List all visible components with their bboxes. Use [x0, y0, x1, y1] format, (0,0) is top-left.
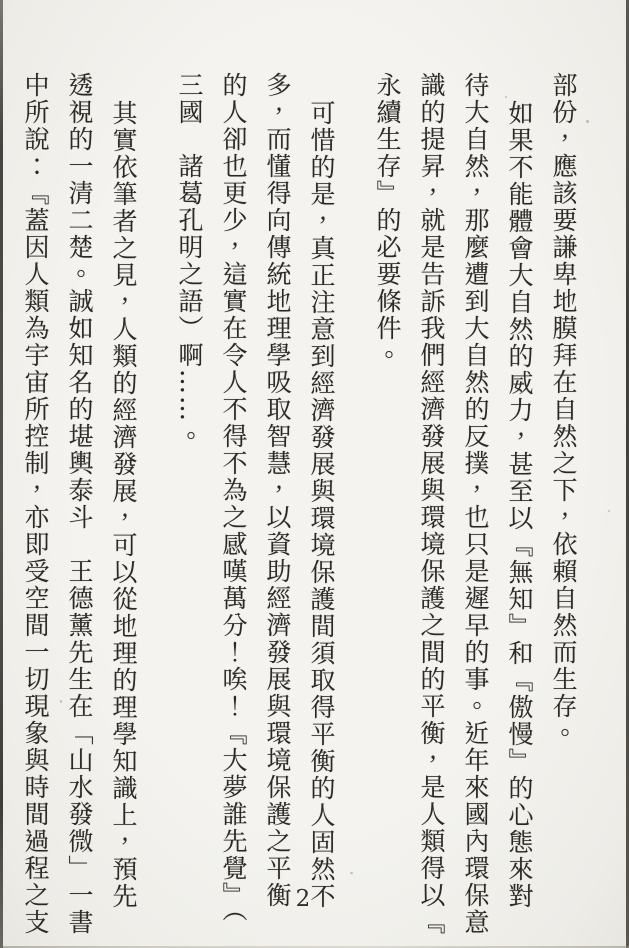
text-column: 三國 諸葛孔明之語）啊……。: [167, 72, 211, 932]
text-column: 識的提昇，就是告訴我們經濟發展與環境保護之間的平衡，是人類得以『: [409, 72, 453, 932]
text-column: 多，而懂得向傳統地理學吸取智慧，以資助經濟發展與環境保護之平衡: [255, 72, 299, 932]
text-column: 部份，應該要謙卑地膜拜在自然之下，依賴自然而生存。: [541, 72, 585, 932]
text-column: 永續生存』的必要條件。: [365, 72, 409, 932]
scan-speck: [586, 120, 589, 123]
paragraph-geomancy: 其實依筆者之見，人類的經濟發展，可以從地理的理學知識上，預先 透視的一清二楚。誠…: [13, 72, 145, 932]
text-column: 透視的一清二楚。誠如知名的堪輿泰斗 王德薰先生在「山水發微」一書: [57, 72, 101, 932]
scan-speck: [608, 510, 610, 512]
page-body-text: 部份，應該要謙卑地膜拜在自然之下，依賴自然而生存。 如果不能體會大自然的威力，甚…: [13, 72, 585, 932]
text-column: 中所說：『蓋因人類為宇宙所控制，亦即受空間一切現象與時間過程之支: [13, 72, 57, 932]
text-column: 其實依筆者之見，人類的經濟發展，可以從地理的理學知識上，預先: [101, 72, 145, 932]
scan-edge-left: [0, 0, 3, 948]
page-number: 2: [291, 886, 315, 912]
paragraph-continuation: 部份，應該要謙卑地膜拜在自然之下，依賴自然而生存。: [541, 72, 585, 932]
text-column: 的人卻也更少，這實在令人不得不為之感嘆萬分！唉！『大夢誰先覺』（: [211, 72, 255, 932]
text-column: 可惜的是，真正注意到經濟發展與環境保護間須取得平衡的人固然不: [299, 72, 343, 932]
paragraph-nature-humility: 如果不能體會大自然的威力，甚至以『無知』和『傲慢』的心態來對 待大自然，那麼遭到…: [365, 72, 541, 932]
text-column: 如果不能體會大自然的威力，甚至以『無知』和『傲慢』的心態來對: [497, 72, 541, 932]
text-column: 待大自然，那麼遭到大自然的反撲，也只是遲早的事。近年來國內環保意: [453, 72, 497, 932]
scanned-book-page: { "document": { "page_number": "2", "par…: [0, 0, 629, 948]
paragraph-lament: 可惜的是，真正注意到經濟發展與環境保護間須取得平衡的人固然不 多，而懂得向傳統地…: [167, 72, 343, 932]
